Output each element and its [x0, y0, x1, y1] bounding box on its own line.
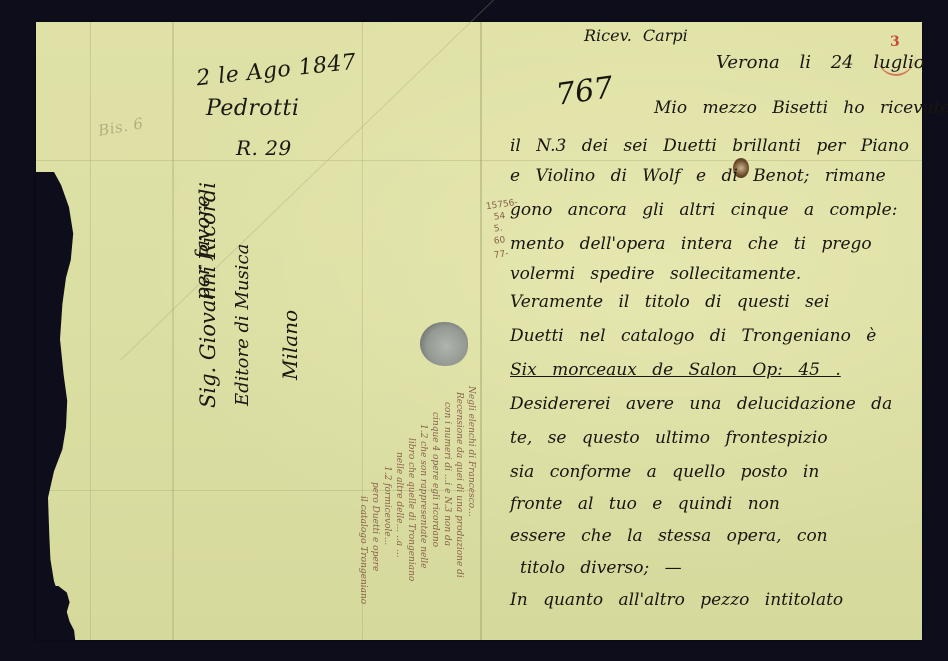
flap-text-line: cinque 4 opere egli ricordano [430, 412, 440, 547]
letter-line: In quanto all'altro pezzo intitolato [510, 590, 843, 610]
fold-line [172, 22, 174, 640]
pencil-number: 77- [493, 249, 509, 262]
letter-line: fronte al tuo e quindi non [510, 494, 780, 514]
pencil-number: 54 [493, 211, 506, 223]
fold-line [90, 22, 91, 640]
flap-text-line: 1.2 formicevole... [382, 466, 392, 545]
address-line-city: Milano [278, 310, 302, 380]
pencil-number: 60 [493, 235, 506, 247]
docket-sender: Pedrotti [206, 96, 299, 121]
letter-line: volermi spedire sollecitamente. [510, 264, 801, 284]
fold-line [36, 160, 922, 161]
letter-line: te, se questo ultimo frontespizio [510, 428, 828, 448]
flap-text-line: pero Duetti e opere [370, 482, 380, 571]
flap-text-line: con i numeri di ...i e N.3 non da [442, 402, 452, 546]
flap-text-line: Recensione da quei di una produzione di [454, 392, 464, 578]
letter-line: Duetti nel catalogo di Trongeniano è [510, 326, 876, 346]
address-line-recipient: Sig. Giovanni Ricordi [196, 182, 220, 408]
letter-line: titolo diverso; — [520, 558, 682, 578]
letter-line: essere che la stessa opera, con [510, 526, 828, 546]
wax-seal [420, 322, 468, 366]
docket-number: R. 29 [236, 136, 292, 160]
letter-line: Mio mezzo Bisetti ho ricevuto [654, 98, 948, 118]
letter-line: il N.3 dei sei Duetti brillanti per Pian… [510, 136, 909, 156]
letter-line: sia conforme a quello posto in [510, 462, 819, 482]
flap-text-line: Negli elenchi di Francesco... [466, 386, 476, 517]
letter-line: e Violino di Wolf e di Benot; rimane [510, 166, 886, 186]
flap-text-line: nelle altre delle... ..a ... [394, 452, 404, 558]
letter-line: gono ancora gli altri cinque a comple: [510, 200, 897, 220]
address-line-title: Editore di Musica [232, 244, 253, 406]
place-date: Verona li 24 luglio [716, 52, 925, 73]
received-note: Ricev. Carpi [584, 26, 688, 45]
letter-line-title: Six morceaux de Salon Op: 45 . [510, 360, 841, 380]
pencil-number: 5. [493, 223, 503, 235]
red-registry-mark: 3 [890, 34, 900, 50]
flap-text-line: libro che quelle di Trongeniano [406, 438, 416, 581]
flap-text-line: 1.2 che son rappresentate nelle [418, 424, 428, 568]
flap-text-line: il catalogo Trongeniano [358, 496, 368, 604]
letter-line: mento dell'opera intera che ti prego [510, 234, 872, 254]
letter-line: Desidererei avere una delucidazione da [510, 394, 892, 414]
document-scan: Bis. 6 2 le Ago 1847 Pedrotti R. 29 per … [0, 0, 948, 661]
center-fold-line [480, 22, 482, 640]
letter-line: Veramente il titolo di questi sei [510, 292, 829, 312]
